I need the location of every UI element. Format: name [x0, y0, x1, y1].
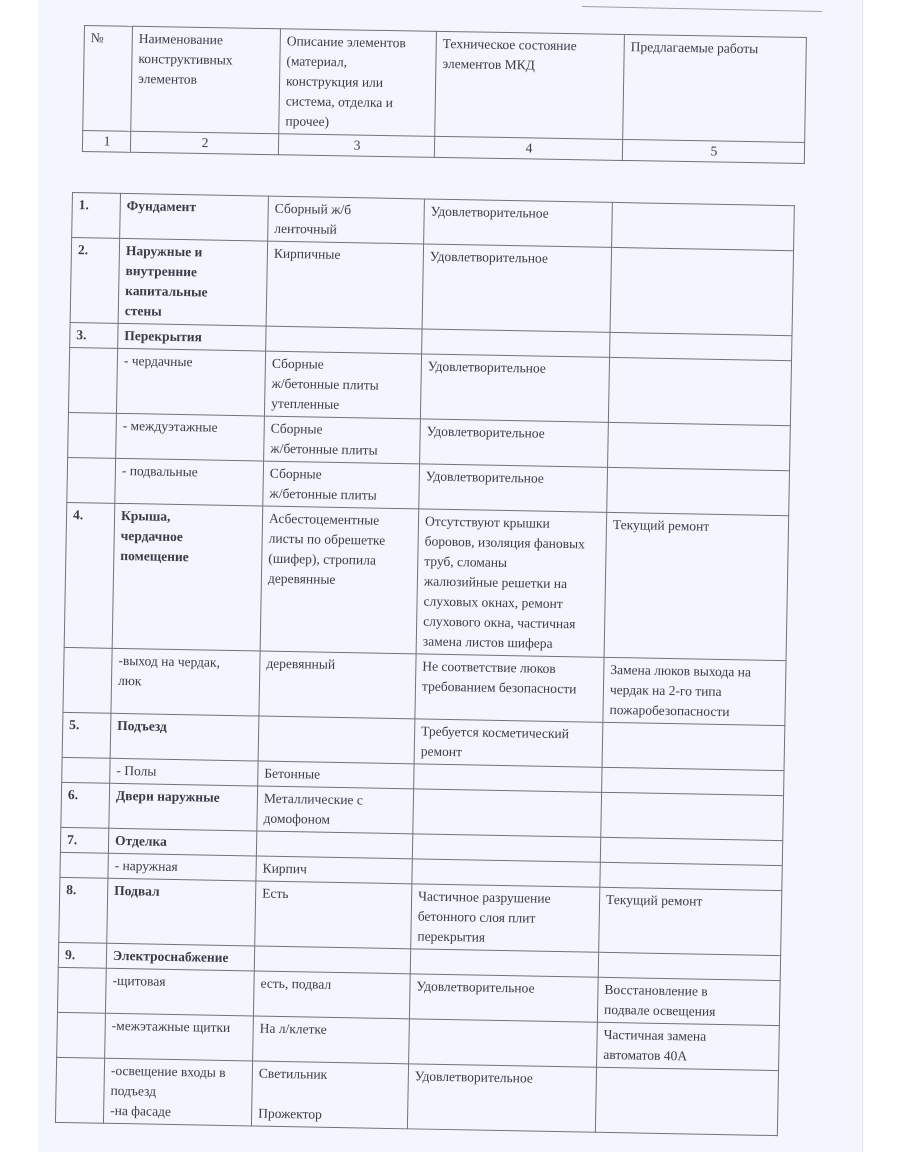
row-description: На л/клетке — [253, 1016, 410, 1064]
table-header: № Наименование конструктивных элементов … — [82, 25, 807, 164]
row-element-name: Электроснабжение — [106, 943, 254, 971]
row-condition: Не соответствие люков требованием безопа… — [415, 654, 604, 722]
row-description: Сборные ж/бетонные плиты — [264, 416, 421, 464]
row-proposed-works — [610, 247, 794, 335]
row-condition — [414, 764, 602, 792]
header-num-3: 3 — [278, 134, 434, 158]
row-description: деревянный — [259, 651, 416, 719]
row-number — [57, 967, 106, 1013]
row-proposed-works — [608, 357, 791, 425]
row-element-name: - междуэтажные — [116, 413, 265, 461]
row-condition: Удовлетворительное — [420, 354, 609, 422]
header-num-2: 2 — [130, 131, 278, 154]
row-condition: Отсутствуют крышки боровов, изоляция фан… — [416, 509, 607, 657]
row-proposed-works — [602, 767, 784, 795]
row-number — [68, 412, 117, 458]
row-proposed-works — [607, 467, 790, 515]
row-condition: Удовлетворительное — [424, 199, 613, 247]
row-description: Асбестоцементные листы по обрешетке (шиф… — [260, 506, 419, 654]
table-row: 4.Крыша, чердачное помещениеАсбестоцемен… — [64, 502, 789, 660]
header-col-number: № — [83, 26, 133, 132]
row-description: Сборные ж/бетонные плиты — [263, 461, 420, 509]
row-description — [256, 831, 412, 859]
row-description: Кирпичные — [266, 241, 424, 329]
row-element-name: - Полы — [110, 758, 258, 786]
row-element-name: - чердачные — [116, 348, 265, 416]
row-number — [60, 852, 108, 878]
row-element-name: Наружные и внутренние капитальные стены — [118, 238, 268, 326]
row-condition — [412, 859, 600, 887]
row-condition: Частичное разрушение бетонного слоя плит… — [411, 884, 600, 952]
row-description: Бетонные — [258, 761, 414, 789]
row-proposed-works — [595, 1067, 778, 1135]
row-number: 1. — [72, 193, 121, 239]
row-proposed-works: Частичная замена автоматов 40А — [597, 1022, 780, 1070]
row-element-name: Отделка — [108, 828, 256, 856]
row-element-name: Перекрытия — [118, 323, 266, 351]
row-number — [55, 1057, 104, 1123]
row-description — [258, 716, 415, 764]
row-condition: Удовлетворительное — [422, 244, 612, 332]
row-condition — [413, 789, 602, 837]
row-proposed-works — [602, 722, 785, 770]
row-element-name: -выход на чердак, люк — [111, 648, 260, 716]
document-sheet: № Наименование конструктивных элементов … — [0, 0, 901, 1166]
row-element-name: Крыша, чердачное помещение — [112, 503, 263, 651]
table-row: -освещение входы в подъезд -на фасадеСве… — [55, 1057, 778, 1135]
row-number: 6. — [61, 782, 110, 828]
row-element-name: Подвал — [107, 878, 256, 946]
row-proposed-works: Восстановление в подвале освещения — [597, 977, 780, 1025]
row-proposed-works — [608, 422, 791, 470]
row-element-name: -межэтажные щитки — [105, 1013, 254, 1061]
row-number: 9. — [58, 942, 106, 968]
row-number — [62, 757, 110, 783]
row-element-name: -щитовая — [105, 968, 254, 1016]
row-element-name: - наружная — [108, 853, 256, 881]
row-condition: Требуется косметический ремонт — [414, 719, 603, 767]
row-number — [57, 1012, 106, 1058]
row-description: Кирпич — [256, 856, 412, 884]
row-proposed-works — [600, 837, 782, 865]
row-proposed-works — [601, 792, 784, 840]
row-element-name: Подъезд — [110, 713, 259, 761]
row-condition — [410, 949, 598, 977]
row-description: Есть — [255, 881, 412, 949]
header-row: № Наименование конструктивных элементов … — [83, 26, 807, 143]
row-description — [254, 946, 410, 974]
row-number: 5. — [62, 712, 111, 758]
row-proposed-works: Текущий ремонт — [599, 887, 782, 955]
row-description: Сборный ж/б ленточный — [268, 196, 425, 244]
row-number — [63, 647, 112, 713]
row-element-name: Фундамент — [120, 193, 269, 241]
row-condition: Удовлетворительное — [407, 1064, 596, 1132]
row-number: 3. — [70, 322, 118, 348]
row-element-name: Двери наружные — [109, 783, 258, 831]
row-condition: Удовлетворительное — [420, 419, 609, 467]
row-description: Металлические с домофоном — [257, 786, 414, 834]
header-num-4: 4 — [434, 136, 622, 160]
header-col-works: Предлагаемые работы — [623, 34, 807, 142]
row-description: Светильник Прожектор — [251, 1061, 408, 1129]
row-description: есть, подвал — [253, 971, 410, 1019]
row-condition: Удовлетворительное — [419, 464, 608, 512]
row-number: 7. — [60, 827, 108, 853]
row-element-name: -освещение входы в подъезд -на фасаде — [103, 1058, 252, 1126]
row-condition — [422, 329, 610, 357]
header-col-condition: Техническое состояние элементов МКД — [435, 31, 625, 139]
row-number: 2. — [70, 238, 120, 324]
header-col-name: Наименование конструктивных элементов — [131, 26, 281, 133]
row-description: Сборные ж/бетонные плиты утепленные — [264, 351, 421, 419]
table-body: 1.ФундаментСборный ж/б ленточныйУдовлетв… — [55, 192, 795, 1136]
header-num-1: 1 — [82, 130, 130, 152]
row-number: 8. — [59, 877, 108, 943]
row-proposed-works: Текущий ремонт — [604, 512, 789, 660]
row-number — [67, 457, 116, 503]
row-number: 4. — [64, 502, 115, 648]
row-element-name: - подвальные — [115, 458, 264, 506]
row-number — [68, 347, 117, 413]
row-proposed-works — [612, 202, 795, 250]
row-description — [266, 326, 422, 354]
table-row: 2.Наружные и внутренние капитальные стен… — [70, 238, 793, 336]
header-num-5: 5 — [622, 139, 804, 163]
row-proposed-works — [610, 332, 792, 360]
header-col-description: Описание элементов (материал, конструкци… — [279, 29, 437, 137]
row-proposed-works — [598, 952, 780, 980]
row-proposed-works — [600, 862, 782, 890]
row-condition — [412, 834, 600, 862]
row-condition: Удовлетворительное — [409, 974, 598, 1022]
row-proposed-works: Замена люков выхода на чердак на 2-го ти… — [603, 657, 786, 725]
row-condition — [409, 1019, 598, 1067]
